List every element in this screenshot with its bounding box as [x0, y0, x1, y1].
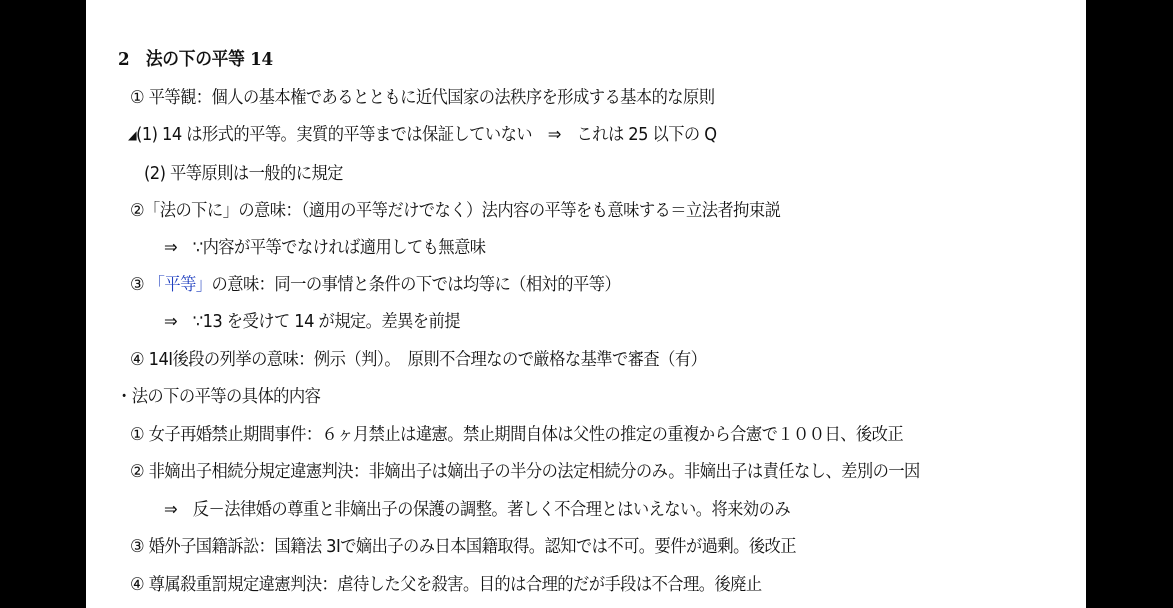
- case-3-nationality: ③ 婚外子国籍訴訟：国籍法 3Ⅰで嫡出子のみ日本国籍取得。認知では不可。要件が過…: [130, 535, 796, 559]
- point-4-enumeration: ④ 14Ⅰ後段の列挙の意味：例示（判）。 原則不合理なので厳格な基準で審査（有）: [130, 348, 706, 372]
- point-3-reason: ⇒ ∵13 を受けて 14 が規定。差異を前提: [164, 310, 460, 334]
- point-1-sub-1: ◢(1) 14 は形式的平等。実質的平等までは保証していない ⇒ これは 25 …: [128, 123, 717, 148]
- subsection-concrete-content: ・法の下の平等の具体的内容: [116, 385, 320, 409]
- point-1-sub-2: (2) 平等原則は一般的に規定: [144, 162, 343, 186]
- triangle-marker-icon: ◢: [128, 123, 136, 147]
- case-2-counterargument: ⇒ 反－法律婚の尊重と非嫡出子の保護の調整。著しく不合理とはいえない。将来効のみ: [164, 498, 790, 522]
- case-1-remarriage-ban: ① 女子再婚禁止期間事件：６ヶ月禁止は違憲。禁止期間自体は父性の推定の重複から合…: [130, 423, 903, 447]
- highlighted-term: 「平等」: [149, 275, 212, 295]
- document-page: 2 法の下の平等 14 ① 平等観：個人の基本権であるとともに近代国家の法秩序を…: [86, 0, 1086, 608]
- section-heading: 2 法の下の平等 14: [118, 48, 273, 72]
- point-3-prefix: ③: [130, 275, 149, 295]
- point-3-meaning-equality: ③ 「平等」の意味：同一の事情と条件の下では均等に（相対的平等）: [130, 273, 620, 297]
- case-4-parricide: ④ 尊属殺重罰規定違憲判決：虐待した父を殺害。目的は合理的だが手段は不合理。後廃…: [130, 573, 762, 597]
- point-3-text: の意味：同一の事情と条件の下では均等に（相対的平等）: [212, 275, 621, 295]
- sub-1-text: (1) 14 は形式的平等。実質的平等までは保証していない ⇒ これは 25 以…: [136, 125, 716, 145]
- point-2-reason: ⇒ ∵内容が平等でなければ適用しても無意味: [164, 236, 486, 260]
- case-2-illegitimate-inheritance: ② 非嫡出子相続分規定違憲判決：非嫡出子は嫡出子の半分の法定相続分のみ。非嫡出子…: [130, 460, 920, 484]
- point-1-equality-view: ① 平等観：個人の基本権であるとともに近代国家の法秩序を形成する基本的な原則: [130, 86, 714, 110]
- point-2-meaning-under-law: ②「法の下に」の意味：（適用の平等だけでなく）法内容の平等をも意味する＝立法者拘…: [130, 199, 780, 223]
